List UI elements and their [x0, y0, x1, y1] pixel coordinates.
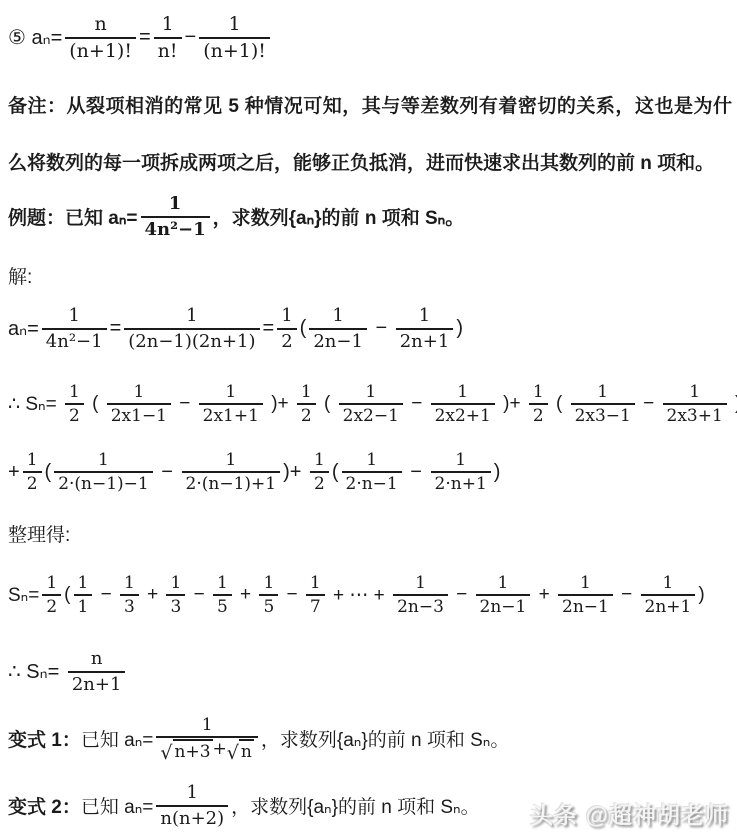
fraction-numerator: 1 [476, 573, 531, 596]
fraction-numerator: 1 [431, 382, 495, 405]
text-run: ∴ Sₙ= [8, 659, 65, 684]
text-run: 2x1+1 [203, 406, 259, 426]
fraction-denominator: 2n−3 [393, 596, 448, 617]
text-run: 1 [217, 573, 228, 593]
text-run: = [263, 317, 275, 340]
text-run: ) [456, 317, 463, 340]
fraction-numerator: 1 [310, 450, 329, 473]
text-run: + [235, 584, 257, 606]
fraction-denominator: 2x2+1 [431, 405, 495, 426]
text-run: n! [158, 40, 178, 63]
text-run: 2n+1 [72, 674, 122, 696]
text-run: )+ [266, 393, 294, 415]
fraction: n(n+1)! [65, 13, 136, 63]
text-run: 1 [169, 193, 182, 215]
text-run: 2n−3 [397, 597, 444, 617]
variant-problem-1: 变式 1：已知 aₙ=1√n+3+√n，求数列{aₙ}的前 n 项和 Sₙ。 [8, 715, 509, 763]
text-run: aₙ= [8, 316, 39, 341]
fraction-numerator: 1 [558, 573, 613, 596]
fraction: 12 [277, 305, 296, 352]
text-run: ，求数列{aₙ}的前 n 项和 Sₙ。 [231, 792, 479, 819]
text-run: 2 [27, 474, 38, 494]
sn-telescoping-line-2: +12(12·(n−1)−1 − 12·(n−1)+1)+ 12(12·n−1 … [8, 450, 500, 495]
text-run: 1 [170, 573, 181, 593]
text-run: 1 [498, 573, 509, 593]
bold-label: 变式 2： [8, 792, 81, 819]
fraction-denominator: 2x3+1 [663, 405, 727, 426]
fraction-numerator: 1 [42, 305, 107, 330]
text-run: 2x3−1 [575, 406, 631, 426]
text-run: 1 [78, 573, 89, 593]
fraction-numerator: 1 [74, 573, 93, 596]
text-run: 1 [98, 450, 109, 470]
fraction-numerator: 1 [54, 450, 153, 473]
fraction-denominator: 2n−1 [309, 330, 367, 353]
text-run: 2 [281, 331, 292, 353]
text-run: 1 [186, 305, 197, 327]
fraction-denominator: (2n−1)(2n+1) [124, 330, 259, 353]
text-run: 1 [314, 450, 325, 470]
fraction-denominator: 2x1−1 [107, 405, 171, 426]
fraction: 12n+1 [641, 573, 696, 618]
text-run: 1 [202, 715, 213, 735]
fraction-numerator: 1 [339, 382, 403, 405]
fraction-denominator: (n+1)! [199, 39, 270, 63]
fraction-denominator: 2x2−1 [339, 405, 403, 426]
fraction-denominator: 2 [42, 596, 61, 617]
text-run: + [213, 739, 227, 759]
fraction-denominator: 2 [65, 405, 84, 426]
fraction-denominator: 2·n+1 [431, 473, 491, 494]
fraction-numerator: 1 [213, 573, 232, 596]
text-run: ( [319, 393, 336, 415]
text-run: )+ … … [730, 393, 737, 415]
text-run: 1 [225, 382, 236, 402]
fraction: 12·n−1 [342, 450, 402, 495]
fraction-numerator: 1 [156, 782, 228, 807]
text-run: = [139, 26, 151, 49]
text-run: 7 [310, 597, 321, 617]
variant-problem-2: 变式 2：已知 aₙ=1n(n+2)，求数列{aₙ}的前 n 项和 Sₙ。 [8, 782, 480, 829]
fraction-denominator: 2 [277, 330, 296, 353]
radical-icon: √ [160, 739, 172, 762]
text-run: ∴ Sₙ= [8, 393, 62, 416]
fraction: 12x1+1 [199, 382, 263, 427]
text-run: 1 [415, 573, 426, 593]
fraction: 12 [42, 573, 61, 618]
fraction-denominator: 2·(n−1)+1 [182, 473, 281, 494]
text-run: + [8, 461, 20, 484]
text-run: ( [64, 584, 70, 606]
text-run: ( [300, 317, 307, 340]
text-run: 2·(n−1)+1 [186, 474, 277, 494]
fraction-denominator: 3 [120, 596, 139, 617]
text-run: 2x2+1 [435, 406, 491, 426]
fraction: 12x2−1 [339, 382, 403, 427]
bold-label: 变式 1： [8, 725, 81, 752]
text-run: 1 [281, 305, 292, 327]
sn-expanded-cancellation: Sₙ=12(11 − 13 + 13 − 15 + 15 − 17 + ⋯ + … [8, 573, 705, 618]
fraction: 1(n+1)! [199, 13, 270, 63]
fraction-numerator: 1 [529, 382, 548, 405]
fraction: 12·(n−1)+1 [182, 450, 281, 495]
text-run: 1 [597, 382, 608, 402]
radicand: n [239, 739, 254, 762]
text-run: (n+1)! [203, 40, 266, 63]
text-run: − [406, 393, 428, 415]
text-run: 1 [133, 382, 144, 402]
fraction-numerator: 1 [342, 450, 402, 473]
fraction: 17 [306, 573, 325, 618]
fraction: 1√n+3+√n [156, 715, 258, 763]
text-run: ⑤ aₙ= [8, 25, 62, 50]
fraction: 12n+1 [396, 305, 454, 352]
fraction: 12 [23, 450, 42, 495]
fraction-denominator: 3 [166, 596, 185, 617]
text-run: 1 [187, 782, 198, 804]
sn-telescoping-line-1: ∴ Sₙ= 12 ( 12x1−1 − 12x1+1 )+ 12 ( 12x2−… [8, 382, 737, 427]
fraction-denominator: 2·n−1 [342, 473, 402, 494]
text-run: − [95, 584, 117, 606]
fraction: 12n−1 [558, 573, 613, 618]
text-run: − [174, 393, 196, 415]
text-run: 3 [124, 597, 135, 617]
fraction-numerator: 1 [156, 715, 258, 738]
text-run: 1 [455, 450, 466, 470]
text-run: (2n−1)(2n+1) [128, 331, 255, 353]
example-problem: 例题：已知 aₙ=14n²−1，求数列{aₙ}的前 n 项和 Sₙ。 [8, 193, 464, 240]
fraction-denominator: n(n+2) [156, 807, 228, 830]
fraction: 1(2n−1)(2n+1) [124, 305, 259, 352]
text-run: n(n+2) [160, 808, 224, 830]
fraction-denominator: √n+3+√n [156, 738, 258, 762]
simplify-label: 整理得: [8, 520, 70, 547]
fraction-numerator: 1 [259, 573, 278, 596]
text-run: (n+1)! [69, 40, 132, 63]
note-paragraph-text: 备注：从裂项相消的常见 5 种情况可知，其与等差数列有着密切的关系，这也是为什么… [8, 96, 732, 174]
fraction: 13 [166, 573, 185, 618]
fraction: 12x3−1 [571, 382, 635, 427]
fraction: 1n! [154, 13, 182, 63]
fraction-denominator: 7 [306, 596, 325, 617]
fraction-denominator: 1 [74, 596, 93, 617]
text-run: 1 [162, 13, 174, 36]
text-run: ( [551, 393, 568, 415]
text-run: + [533, 584, 555, 606]
fraction-denominator: 2x1+1 [199, 405, 263, 426]
fraction-denominator: 2 [310, 473, 329, 494]
fraction-numerator: 1 [154, 13, 182, 39]
fraction: 12n−1 [476, 573, 531, 618]
text-run: 1 [689, 382, 700, 402]
fraction-numerator: 1 [166, 573, 185, 596]
text-run: 1 [332, 305, 343, 327]
text-run: 1 [69, 382, 80, 402]
text-run: 例题：已知 aₙ= [8, 203, 138, 230]
fraction-numerator: 1 [42, 573, 61, 596]
fraction-numerator: 1 [309, 305, 367, 330]
text-run: 2n−1 [562, 597, 609, 617]
fraction-numerator: 1 [306, 573, 325, 596]
text-run: 1 [124, 573, 135, 593]
text-run: ，求数列{aₙ}的前 n 项和 Sₙ。 [213, 203, 465, 230]
text-run: Sₙ= [8, 584, 39, 607]
text-run: 2x2−1 [343, 406, 399, 426]
fraction-numerator: 1 [571, 382, 635, 405]
fraction-denominator: 5 [259, 596, 278, 617]
fraction-numerator: 1 [663, 382, 727, 405]
fraction-denominator: 2 [297, 405, 316, 426]
fraction-numerator: 1 [199, 382, 263, 405]
text-run: 4n²−1 [46, 331, 103, 353]
fraction: 11 [74, 573, 93, 618]
fraction-numerator: 1 [141, 193, 210, 218]
sqrt-expression: √n [227, 739, 254, 762]
fraction: 15 [259, 573, 278, 618]
text-run: 1 [46, 573, 57, 593]
fraction: 14n²−1 [42, 305, 107, 352]
text-run: 1 [229, 13, 241, 36]
text-run: 1 [301, 382, 312, 402]
fraction-numerator: 1 [431, 450, 491, 473]
fraction-denominator: 2·(n−1)−1 [54, 473, 153, 494]
text-run: 1 [27, 450, 38, 470]
text-run: − [370, 317, 393, 340]
text-run: ，求数列{aₙ}的前 n 项和 Sₙ。 [261, 725, 509, 752]
text-run: ) [494, 461, 501, 484]
text-run: n [95, 13, 107, 36]
text-run: 2 [46, 597, 57, 617]
fraction-numerator: n [68, 648, 126, 673]
radical-icon: √ [227, 739, 239, 762]
fraction-denominator: 2n+1 [396, 330, 454, 353]
text-run: 2·n+1 [435, 474, 487, 494]
text-run: = [110, 317, 122, 340]
text-run: 1 [663, 573, 674, 593]
fraction: 1n(n+2) [156, 782, 228, 829]
fraction-numerator: 1 [120, 573, 139, 596]
text-run: 2·(n−1)−1 [58, 474, 149, 494]
text-run: − [616, 584, 638, 606]
text-run: 1 [580, 573, 591, 593]
text-run: 1 [365, 382, 376, 402]
text-run: ) [698, 584, 704, 606]
fraction-numerator: 1 [199, 13, 270, 39]
fraction-numerator: 1 [107, 382, 171, 405]
text-run: − [405, 461, 428, 484]
formula-item-5: ⑤ aₙ=n(n+1)!=1n!−1(n+1)! [8, 13, 273, 63]
text-run: 2 [69, 406, 80, 426]
fraction-numerator: 1 [182, 450, 281, 473]
text-run: n [91, 648, 103, 670]
text-run: − [156, 461, 179, 484]
text-run: 2n−1 [313, 331, 363, 353]
an-decomposition: aₙ=14n²−1=1(2n−1)(2n+1)=12(12n−1 − 12n+1… [8, 305, 463, 352]
fraction-denominator: 2x3−1 [571, 405, 635, 426]
fraction-numerator: n [65, 13, 136, 39]
fraction: 12x3+1 [663, 382, 727, 427]
text-run: 3 [170, 597, 181, 617]
fraction: 12n−1 [309, 305, 367, 352]
text-run: 已知 aₙ= [81, 725, 154, 752]
text-run: 2n+1 [645, 597, 692, 617]
text-run: 1 [419, 305, 430, 327]
document-body: ⑤ aₙ=n(n+1)!=1n!−1(n+1)!备注：从裂项相消的常见 5 种情… [0, 0, 737, 840]
sqrt-expression: √n+3 [160, 739, 212, 762]
text-run: 2n−1 [480, 597, 527, 617]
fraction: 12 [65, 382, 84, 427]
text-run: ( [87, 393, 104, 415]
fraction-numerator: 1 [124, 305, 259, 330]
text-run: 1 [533, 382, 544, 402]
sn-final-result: ∴ Sₙ= n2n+1 [8, 648, 128, 695]
text-run: ( [332, 461, 339, 484]
text-run: 1 [310, 573, 321, 593]
fraction-numerator: 1 [297, 382, 316, 405]
text-run: 1 [225, 450, 236, 470]
fraction-denominator: (n+1)! [65, 39, 136, 63]
watermark-byline: 头条 @超神胡老师 [530, 797, 729, 830]
fraction-numerator: 1 [393, 573, 448, 596]
fraction: 12 [529, 382, 548, 427]
text-run: − [188, 584, 210, 606]
text-run: − [185, 26, 197, 49]
text-run: 1 [68, 305, 79, 327]
fraction-numerator: 1 [65, 382, 84, 405]
note-paragraph: 备注：从裂项相消的常见 5 种情况可知，其与等差数列有着密切的关系，这也是为什么… [8, 78, 732, 192]
fraction-denominator: n! [154, 39, 182, 63]
text-run: − [451, 584, 473, 606]
fraction-denominator: 2n−1 [476, 596, 531, 617]
fraction: 12n−3 [393, 573, 448, 618]
fraction-numerator: 1 [277, 305, 296, 330]
fraction: 12 [310, 450, 329, 495]
fraction: 12x1−1 [107, 382, 171, 427]
fraction-numerator: 1 [641, 573, 696, 596]
text-run: 1 [263, 573, 274, 593]
text-run: 2n+1 [400, 331, 450, 353]
text-run: − [638, 393, 660, 415]
fraction: 12 [297, 382, 316, 427]
text-run: 4n²−1 [145, 219, 206, 241]
fraction-numerator: 1 [396, 305, 454, 330]
fraction: 12x2+1 [431, 382, 495, 427]
fraction-denominator: 2n+1 [641, 596, 696, 617]
text-run: 2 [533, 406, 544, 426]
fraction: 14n²−1 [141, 193, 210, 240]
text-run: 1 [78, 597, 89, 617]
solution-label-text: 解: [8, 267, 32, 288]
fraction-denominator: 2n+1 [68, 673, 126, 696]
text-run: 2 [301, 406, 312, 426]
text-run: 5 [217, 597, 228, 617]
text-run: 1 [457, 382, 468, 402]
fraction: 15 [213, 573, 232, 618]
text-run: 已知 aₙ= [81, 792, 154, 819]
fraction: n2n+1 [68, 648, 126, 695]
text-run: − [281, 584, 303, 606]
fraction-denominator: 5 [213, 596, 232, 617]
text-run: 2 [314, 474, 325, 494]
fraction: 13 [120, 573, 139, 618]
text-run: + [142, 584, 164, 606]
simplify-label-text: 整理得: [8, 525, 70, 546]
fraction-denominator: 2 [529, 405, 548, 426]
text-run: + ⋯ + [328, 584, 390, 607]
fraction-denominator: 2 [23, 473, 42, 494]
text-run: )+ [498, 393, 526, 415]
solution-label: 解: [8, 262, 32, 289]
radicand: n+3 [173, 739, 213, 762]
fraction: 12·(n−1)−1 [54, 450, 153, 495]
text-run: 2x3+1 [667, 406, 723, 426]
fraction-denominator: 4n²−1 [42, 330, 107, 353]
fraction-numerator: 1 [23, 450, 42, 473]
text-run: 2·n−1 [346, 474, 398, 494]
fraction-denominator: 2n−1 [558, 596, 613, 617]
fraction-denominator: 4n²−1 [141, 218, 210, 241]
text-run: )+ [283, 461, 307, 484]
text-run: 2x1−1 [111, 406, 167, 426]
text-run: ( [45, 461, 52, 484]
fraction: 12·n+1 [431, 450, 491, 495]
text-run: 5 [263, 597, 274, 617]
text-run: 1 [366, 450, 377, 470]
